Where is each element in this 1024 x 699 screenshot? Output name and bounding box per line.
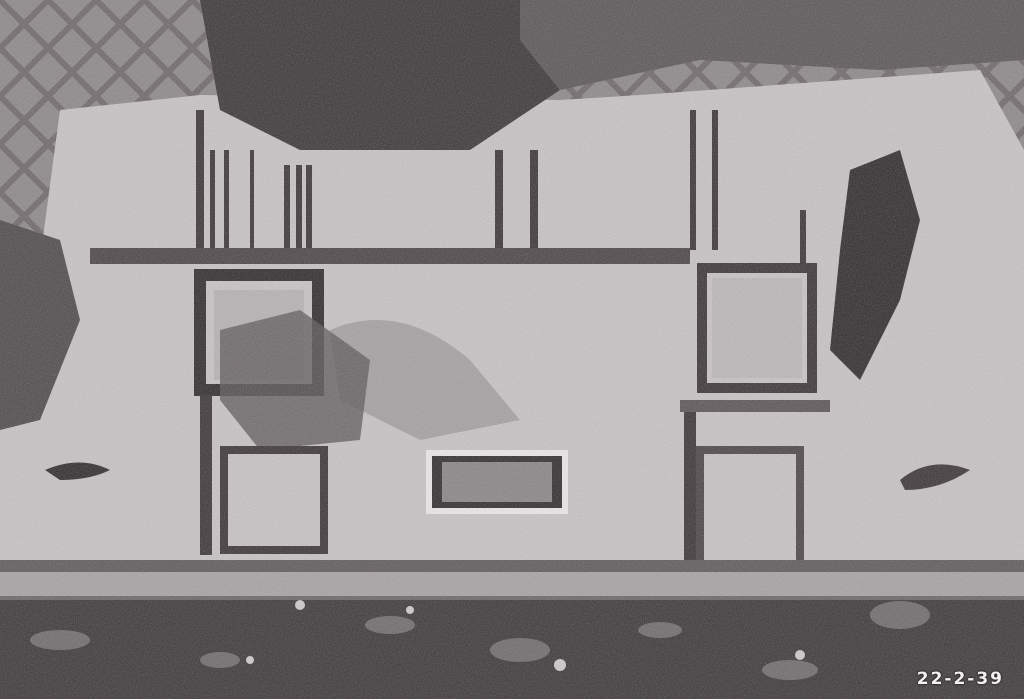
archival-photo: 22-2-39 bbox=[0, 0, 1024, 699]
fresco-wall-drawing bbox=[0, 0, 1024, 699]
date-stamp: 22-2-39 bbox=[917, 669, 1004, 689]
